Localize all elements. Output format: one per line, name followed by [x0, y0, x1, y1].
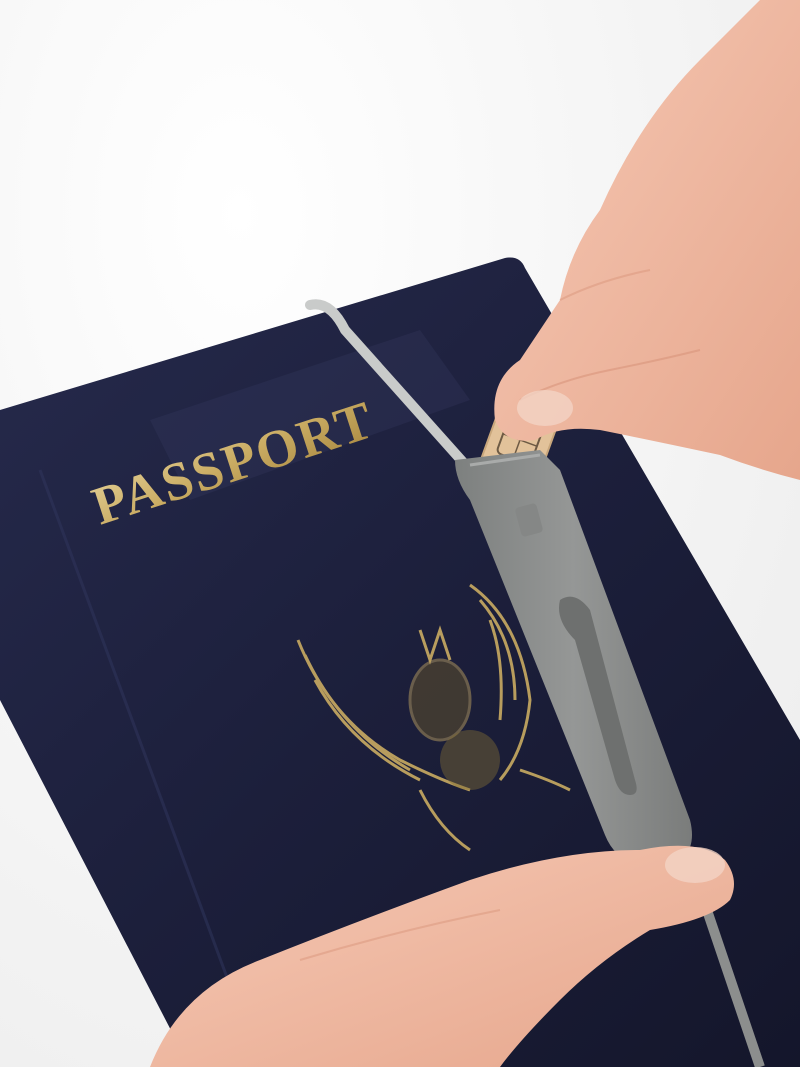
photo-scene: PASSPORT — [0, 0, 800, 1067]
photo-illustration: PASSPORT — [0, 0, 800, 1067]
upper-hand — [494, 0, 800, 480]
